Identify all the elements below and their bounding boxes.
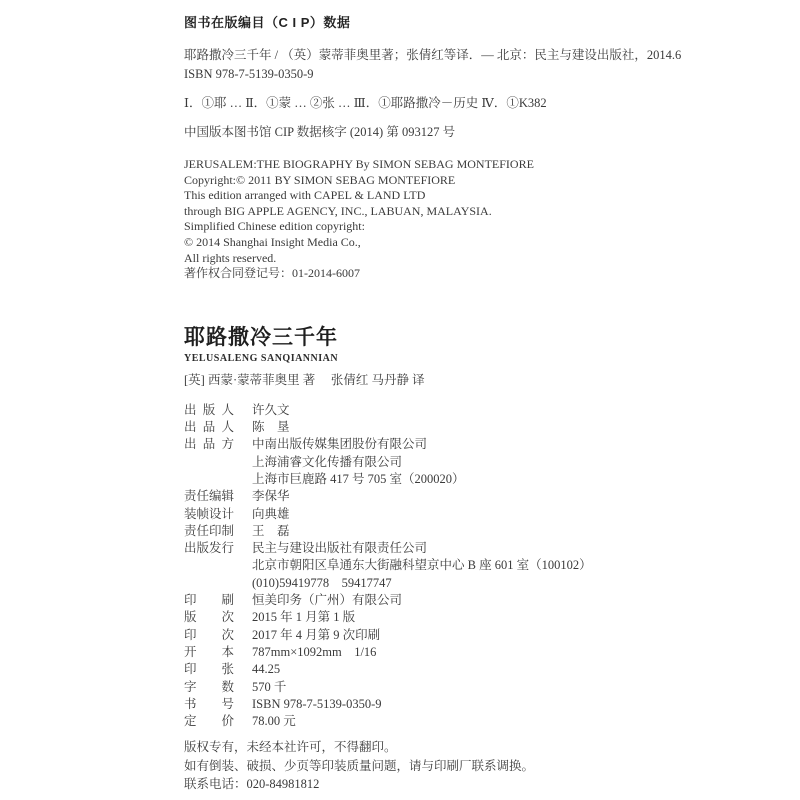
book-title-pinyin: YELUSALENG SANQIANNIAN [184, 353, 764, 365]
colophon-row: 印刷 恒美印务（广州）有限公司 [184, 592, 764, 609]
colophon-row: 印次 2017 年 4 月第 9 次印刷 [184, 627, 764, 644]
colophon-value: 787mm×1092mm 1/16 [252, 644, 764, 661]
colophon-label: 出品人 [184, 419, 234, 436]
copyright-block: JERUSALEM:THE BIOGRAPHY By SIMON SEBAG M… [184, 157, 764, 282]
colophon-values: 王 磊 [252, 523, 764, 540]
colophon-values: 李保华 [252, 488, 764, 505]
colophon-label: 字数 [184, 679, 234, 696]
notice-line: 联系电话：020-84981812 [184, 775, 764, 793]
notice-line: 版权专有，未经本社许可，不得翻印。 [184, 738, 764, 756]
colophon-value: 王 磊 [252, 523, 764, 540]
colophon-values: ISBN 978-7-5139-0350-9 [252, 696, 764, 713]
copyright-page: 图书在版编目（C I P）数据 耶路撒冷三千年 / （英）蒙蒂菲奥里著；张倩红等… [0, 0, 800, 800]
copyright-line: Simplified Chinese edition copyright: [184, 219, 764, 235]
colophon-row: 出品方 中南出版传媒集团股份有限公司 上海浦睿文化传播有限公司 上海市巨鹿路 4… [184, 436, 764, 488]
book-title: 耶路撒冷三千年 [184, 324, 764, 350]
colophon-value: 78.00 元 [252, 713, 764, 730]
colophon-value: 上海浦睿文化传播有限公司 [252, 454, 764, 471]
colophon-value: 上海市巨鹿路 417 号 705 室（200020） [252, 471, 764, 488]
cip-registry-number: 中国版本图书馆 CIP 数据核字 (2014) 第 093127 号 [184, 123, 764, 141]
copyright-line: JERUSALEM:THE BIOGRAPHY By SIMON SEBAG M… [184, 157, 764, 173]
colophon-label: 装帧设计 [184, 506, 234, 523]
colophon-label: 定价 [184, 713, 234, 730]
colophon-label: 出品方 [184, 436, 234, 453]
colophon-label: 开本 [184, 644, 234, 661]
copyright-line: © 2014 Shanghai Insight Media Co., [184, 235, 764, 251]
colophon-label: 责任印制 [184, 523, 234, 540]
bottom-notices: 版权专有，未经本社许可，不得翻印。 如有倒装、破损、少页等印装质量问题，请与印刷… [184, 738, 764, 793]
colophon-row: 定价 78.00 元 [184, 713, 764, 730]
colophon-values: 陈 垦 [252, 419, 764, 436]
colophon-values: 许久文 [252, 402, 764, 419]
colophon-values: 570 千 [252, 679, 764, 696]
cip-header: 图书在版编目（C I P）数据 [184, 14, 764, 32]
colophon-label: 出版发行 [184, 540, 234, 557]
colophon-values: 中南出版传媒集团股份有限公司 上海浦睿文化传播有限公司 上海市巨鹿路 417 号… [252, 436, 764, 488]
book-byline: [英] 西蒙·蒙蒂菲奥里 著 张倩红 马丹静 译 [184, 372, 764, 388]
colophon-row: 出品人 陈 垦 [184, 419, 764, 436]
colophon-value: 44.25 [252, 661, 764, 678]
title-block: 耶路撒冷三千年 YELUSALENG SANQIANNIAN [英] 西蒙·蒙蒂… [184, 324, 764, 388]
colophon-value: 陈 垦 [252, 419, 764, 436]
copyright-line: This edition arranged with CAPEL & LAND … [184, 188, 764, 204]
colophon-label: 印刷 [184, 592, 234, 609]
copyright-line: Copyright:© 2011 BY SIMON SEBAG MONTEFIO… [184, 173, 764, 189]
colophon-row: 书号 ISBN 978-7-5139-0350-9 [184, 696, 764, 713]
colophon-label: 印次 [184, 627, 234, 644]
copyright-line: 著作权合同登记号：01-2014-6007 [184, 266, 764, 282]
colophon-row: 出版发行 民主与建设出版社有限责任公司 北京市朝阳区阜通东大街融科望京中心 B … [184, 540, 764, 592]
colophon-values: 2015 年 1 月第 1 版 [252, 609, 764, 626]
colophon-row: 装帧设计 向典雄 [184, 506, 764, 523]
colophon-values: 民主与建设出版社有限责任公司 北京市朝阳区阜通东大街融科望京中心 B 座 601… [252, 540, 764, 592]
cip-isbn-line: ISBN 978-7-5139-0350-9 [184, 65, 764, 84]
colophon-values: 2017 年 4 月第 9 次印刷 [252, 627, 764, 644]
copyright-line: All rights reserved. [184, 251, 764, 267]
notice-line: 如有倒装、破损、少页等印装质量问题，请与印刷厂联系调换。 [184, 757, 764, 775]
colophon-value: 2017 年 4 月第 9 次印刷 [252, 627, 764, 644]
colophon-row: 版次 2015 年 1 月第 1 版 [184, 609, 764, 626]
cip-record-line: 耶路撒冷三千年 / （英）蒙蒂菲奥里著；张倩红等译．— 北京：民主与建设出版社，… [184, 46, 764, 65]
colophon-values: 恒美印务（广州）有限公司 [252, 592, 764, 609]
colophon-values: 78.00 元 [252, 713, 764, 730]
colophon-row: 责任印制 王 磊 [184, 523, 764, 540]
cip-classification: Ⅰ．①耶 … Ⅱ．①蒙 … ②张 … Ⅲ．①耶路撒冷－历史 Ⅳ．①K382 [184, 94, 764, 112]
colophon-label: 书号 [184, 696, 234, 713]
colophon-value: 北京市朝阳区阜通东大街融科望京中心 B 座 601 室（100102） [252, 557, 764, 574]
colophon-value: 570 千 [252, 679, 764, 696]
colophon-row: 开本 787mm×1092mm 1/16 [184, 644, 764, 661]
colophon-value: 中南出版传媒集团股份有限公司 [252, 436, 764, 453]
colophon-values: 向典雄 [252, 506, 764, 523]
colophon-row: 出版人 许久文 [184, 402, 764, 419]
copyright-line: through BIG APPLE AGENCY, INC., LABUAN, … [184, 204, 764, 220]
colophon-value: 李保华 [252, 488, 764, 505]
colophon-label: 印张 [184, 661, 234, 678]
colophon-value: 民主与建设出版社有限责任公司 [252, 540, 764, 557]
colophon-row: 字数 570 千 [184, 679, 764, 696]
colophon-label: 版次 [184, 609, 234, 626]
colophon-value: 许久文 [252, 402, 764, 419]
colophon-label: 责任编辑 [184, 488, 234, 505]
colophon-values: 787mm×1092mm 1/16 [252, 644, 764, 661]
colophon-row: 印张 44.25 [184, 661, 764, 678]
colophon-value: 恒美印务（广州）有限公司 [252, 592, 764, 609]
cip-record: 耶路撒冷三千年 / （英）蒙蒂菲奥里著；张倩红等译．— 北京：民主与建设出版社，… [184, 46, 764, 84]
colophon-values: 44.25 [252, 661, 764, 678]
colophon: 出版人 许久文 出品人 陈 垦 出品方 [184, 402, 764, 731]
colophon-value: (010)59419778 59417747 [252, 575, 764, 592]
colophon-row: 责任编辑 李保华 [184, 488, 764, 505]
colophon-value: 2015 年 1 月第 1 版 [252, 609, 764, 626]
colophon-value: 向典雄 [252, 506, 764, 523]
colophon-label: 出版人 [184, 402, 234, 419]
colophon-value: ISBN 978-7-5139-0350-9 [252, 696, 764, 713]
